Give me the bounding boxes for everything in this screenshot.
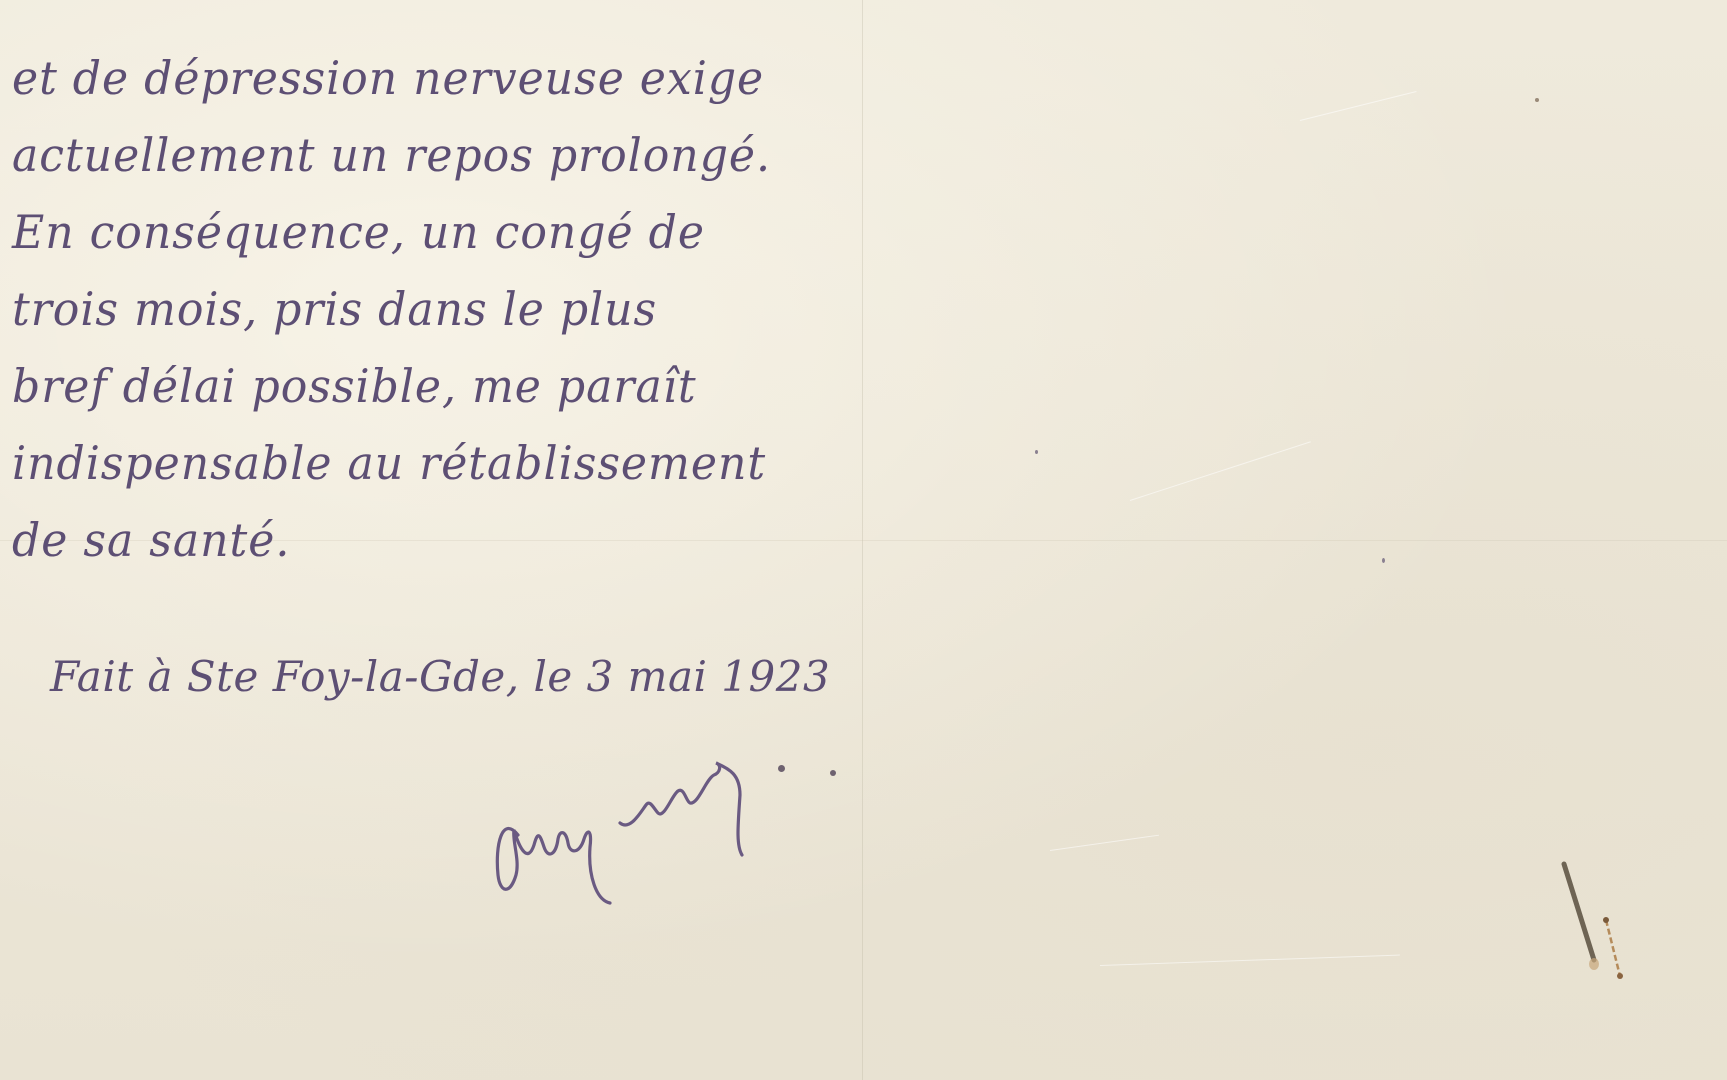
paper-crease	[1300, 91, 1417, 121]
rusty-pin-icon	[1550, 850, 1650, 980]
body-line: bref délai possible, me paraît	[12, 348, 857, 425]
body-line: actuellement un repos prolongé.	[12, 117, 857, 194]
paper-crease	[1100, 955, 1400, 966]
body-line: trois mois, pris dans le plus	[12, 271, 857, 348]
ink-speck	[1535, 98, 1539, 102]
ink-dot	[778, 765, 785, 772]
body-line: En conséquence, un congé de	[12, 194, 857, 271]
ink-dot	[830, 770, 836, 776]
handwritten-body: et de dépression nerveuse exige actuelle…	[12, 40, 892, 579]
paper-crease	[1050, 835, 1159, 851]
body-line: et de dépression nerveuse exige	[12, 40, 857, 117]
paper-crease	[1130, 441, 1311, 501]
signature: (illegible signature)	[440, 735, 920, 910]
body-line: de sa santé.	[12, 502, 857, 579]
ink-speck	[1035, 450, 1038, 454]
paper-sheet: et de dépression nerveuse exige actuelle…	[0, 0, 1727, 1080]
place-and-date: Fait à Ste Foy-la-Gde, le 3 mai 1923	[50, 652, 830, 701]
signature-scrawl-icon	[440, 735, 920, 910]
body-line: indispensable au rétablissement	[12, 425, 857, 502]
ink-speck	[1382, 558, 1385, 563]
